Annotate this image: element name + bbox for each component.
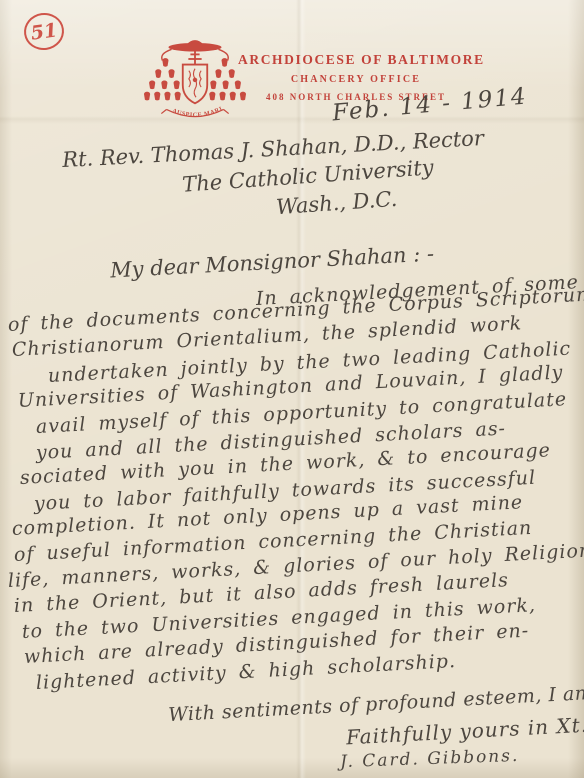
scanned-letter-page: 51 xyxy=(0,0,584,778)
folio-number-stamp: 51 xyxy=(22,10,67,52)
recipient-line: Wash., D.C. xyxy=(275,187,398,219)
salutation: My dear Monsignor Shahan : - xyxy=(110,242,435,283)
signature: J. Card. Gibbons. xyxy=(340,746,520,772)
tassels-left xyxy=(144,58,181,100)
archiepiscopal-cross-icon xyxy=(188,49,201,64)
letterhead-office: CHANCERY OFFICE xyxy=(238,74,474,85)
valediction: Faithfully yours in Xt. xyxy=(346,713,584,750)
cardinal-crest-icon: AUSPICE MARIA xyxy=(144,34,246,136)
crest-shield-icon xyxy=(183,65,207,104)
letter-body: In acknowledgement of some of the docume… xyxy=(6,287,580,697)
letterhead-organization: ARCHDIOCESE OF BALTIMORE xyxy=(238,52,474,68)
folio-number: 51 xyxy=(29,19,58,44)
